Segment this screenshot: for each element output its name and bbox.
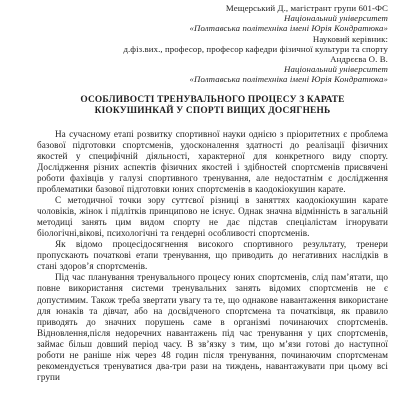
body-paragraph: На сучасному етапі розвитку спортивної н…	[37, 129, 388, 195]
advisor-name-line: Андрєєва О. В.	[37, 54, 388, 64]
body-paragraph: Під час планування тренувального процесу…	[37, 272, 388, 382]
author-name-line: Мещерський Д., магістрант групи 601-ФС	[37, 3, 388, 13]
affiliation-line: «Полтавська політехніка імені Юрія Кондр…	[37, 23, 388, 33]
paper-title-line: ОСОБЛИВОСТІ ТРЕНУВАЛЬНОГО ПРОЦЕСУ З КАРА…	[37, 95, 388, 107]
advisor-label-line: Науковий керівник:	[37, 34, 388, 44]
paper-title-line: КІОКУШИНКАЙ У СПОРТІ ВИЩИХ ДОСЯГНЕНЬ	[37, 106, 388, 118]
document-page: Мещерський Д., магістрант групи 601-ФС Н…	[0, 0, 400, 400]
advisor-degree-line: д.фіз.вих., професор, професор кафедри ф…	[37, 44, 388, 54]
paper-title: ОСОБЛИВОСТІ ТРЕНУВАЛЬНОГО ПРОЦЕСУ З КАРА…	[37, 95, 388, 118]
paper-body: На сучасному етапі розвитку спортивної н…	[37, 129, 388, 383]
author-block: Мещерський Д., магістрант групи 601-ФС Н…	[37, 3, 388, 85]
body-paragraph: Як відомо процесідосягнення високого спо…	[37, 239, 388, 272]
body-paragraph: С методичної точки зору суттєвої різниці…	[37, 195, 388, 239]
affiliation-line: Національний університет	[37, 64, 388, 74]
affiliation-line: Національний університет	[37, 13, 388, 23]
affiliation-line: «Полтавська політехніка імені Юрія Кондр…	[37, 74, 388, 84]
